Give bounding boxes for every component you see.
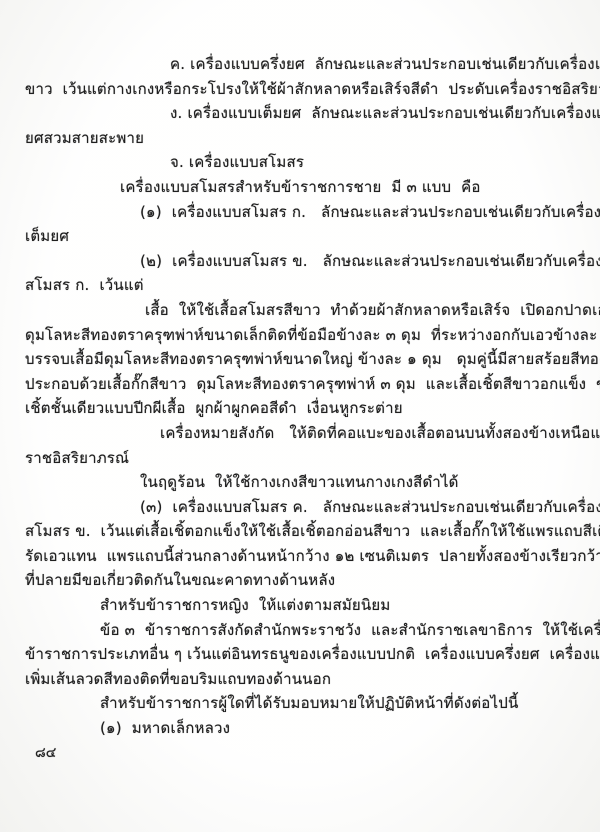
text-line: เครื่องหมายสังกัด ให้ติดที่คอแบะของเสื้อ… xyxy=(25,421,582,446)
text-line: สำหรับข้าราชการผู้ใดที่ได้รับมอบหมายให้ป… xyxy=(25,691,582,716)
text-line: รัดเอวแทน แพรแถบนี้ส่วนกลางด้านหน้ากว้าง… xyxy=(25,544,582,569)
text-line: ง. เครื่องแบบเต็มยศ ลักษณะและส่วนประกอบเ… xyxy=(25,101,582,126)
text-line: ที่ปลายมีขอเกี่ยวติดกันในขณะคาดทางด้านหล… xyxy=(25,568,582,593)
text-line: เพิ่มเส้นลวดสีทองติดที่ขอบริมแถบทองด้านน… xyxy=(25,667,582,692)
text-line: ข้อ ๓ ข้าราชการสังกัดสำนักพระราชวัง และส… xyxy=(25,618,582,643)
text-line: สำหรับข้าราชการหญิง ให้แต่งตามสมัยนิยม xyxy=(25,593,582,618)
text-line: บรรจบเสื้อมีดุมโลหะสีทองตราครุฑพ่าห์ขนาด… xyxy=(25,347,582,372)
text-line: (๑) เครื่องแบบสโมสร ก. ลักษณะและส่วนประก… xyxy=(25,200,582,225)
text-line: (๓) เครื่องแบบสโมสร ค. ลักษณะและส่วนประก… xyxy=(25,495,582,520)
text-line: ดุมโลหะสีทองตราครุฑพ่าห์ขนาดเล็กติดที่ข้… xyxy=(25,323,582,348)
document-page: ค. เครื่องแบบครึ่งยศ ลักษณะและส่วนประกอบ… xyxy=(0,0,600,832)
text-line: ยศสวมสายสะพาย xyxy=(25,126,582,151)
text-line: จ. เครื่องแบบสโมสร xyxy=(25,150,582,175)
text-line: เต็มยศ xyxy=(25,224,582,249)
text-line: เครื่องแบบสโมสรสำหรับข้าราชการชาย มี ๓ แ… xyxy=(25,175,582,200)
text-line: (๒) เครื่องแบบสโมสร ข. ลักษณะและส่วนประก… xyxy=(25,249,582,274)
text-line: ขาว เว้นแต่กางเกงหรือกระโปรงให้ใช้ผ้าสัก… xyxy=(25,77,582,102)
text-line: สโมสร ก. เว้นแต่ xyxy=(25,273,582,298)
text-line: (๑) มหาดเล็กหลวง xyxy=(25,716,582,741)
text-line: ข้าราชการประเภทอื่น ๆ เว้นแต่อินทรธนูของ… xyxy=(25,642,582,667)
text-line: ราชอิสริยาภรณ์ xyxy=(25,446,582,471)
page-number: ๘๔ xyxy=(35,742,56,764)
text-line: เสื้อ ให้ใช้เสื้อสโมสรสีขาว ทำด้วยผ้าสัก… xyxy=(25,298,582,323)
text-line: ประกอบด้วยเสื้อกั๊กสีขาว ดุมโลหะสีทองตรา… xyxy=(25,372,582,397)
document-text-block: ค. เครื่องแบบครึ่งยศ ลักษณะและส่วนประกอบ… xyxy=(25,52,582,741)
text-line: ในฤดูร้อน ให้ใช้กางเกงสีขาวแทนกางเกงสีดำ… xyxy=(25,470,582,495)
text-line: ค. เครื่องแบบครึ่งยศ ลักษณะและส่วนประกอบ… xyxy=(25,52,582,77)
text-line: สโมสร ข. เว้นแต่เสื้อเชิ้ตอกแข็งให้ใช้เส… xyxy=(25,519,582,544)
text-line: เชิ้ตชั้นเดียวแบบปีกผีเสื้อ ผูกผ้าผูกคอส… xyxy=(25,396,582,421)
